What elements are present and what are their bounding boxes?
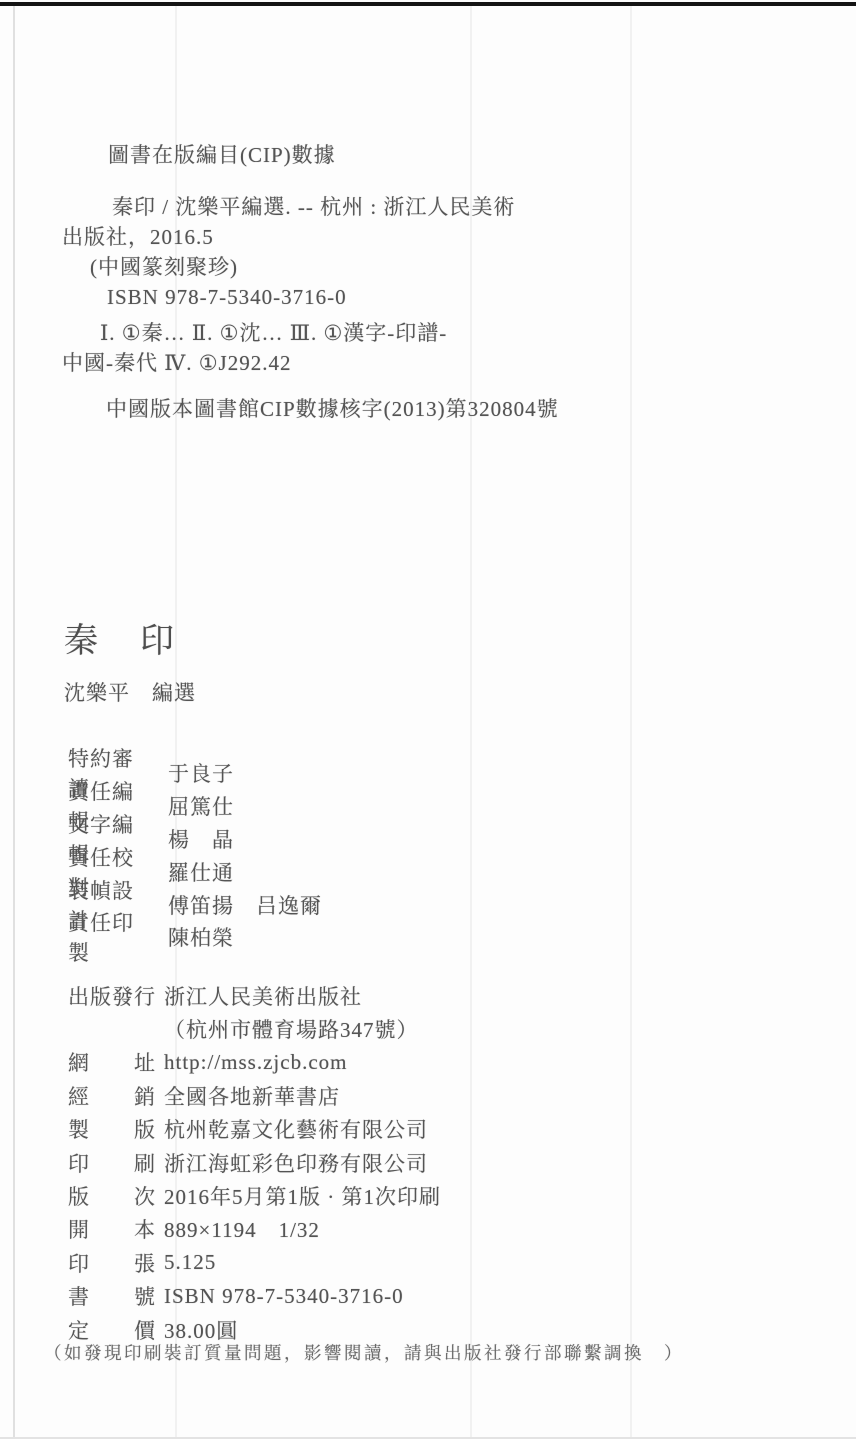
publishing-label: 製 版: [68, 1114, 156, 1144]
format-info: 889×1194 1/32: [164, 1214, 320, 1244]
credit-label: 責任印製: [68, 907, 154, 967]
cip-description-line2: 出版社，2016.5: [62, 222, 702, 252]
title-block: 秦 印 沈樂平 編選: [64, 620, 196, 708]
publishing-label: 書 號: [68, 1281, 156, 1311]
sheets-info: 5.125: [164, 1250, 216, 1275]
publishing-row: 印 刷 浙江海虹彩色印務有限公司: [68, 1146, 441, 1179]
cip-series-title: (中國篆刻聚珍): [62, 252, 702, 282]
credit-row: 責任印製 陳柏榮: [68, 921, 322, 954]
credit-value: 羅仕通: [168, 857, 234, 887]
credit-value: 楊 晶: [168, 824, 234, 854]
credit-value: 陳柏榮: [168, 922, 234, 952]
quality-exchange-note: （如發現印刷裝訂質量問題，影響閱讀，請與出版社發行部聯繫調換 ）: [44, 1341, 824, 1365]
book-title: 秦 印: [64, 620, 196, 664]
publishing-label: 出版發行: [68, 981, 156, 1011]
publishing-value: 杭州乾嘉文化藝術有限公司: [164, 1114, 428, 1144]
cip-record-number: 中國版本圖書館CIP數據核字(2013)第320804號: [62, 394, 702, 424]
cip-classification-line2: 中國-秦代 Ⅳ. ①J292.42: [62, 348, 702, 378]
publishing-row: 經 銷 全國各地新華書店: [68, 1079, 441, 1112]
publishing-row: 印 張 5.125: [68, 1246, 441, 1279]
publishing-label: 網 址: [68, 1047, 156, 1077]
publishing-info-list: 出版發行 浙江人民美術出版社 （杭州市體育場路347號） 網 址 http://…: [68, 979, 441, 1346]
publishing-label: 開 本: [68, 1214, 156, 1244]
publishing-label: 經 銷: [68, 1081, 156, 1111]
credit-value: 屈篤仕: [168, 791, 234, 821]
publishing-row: 開 本 889×1194 1/32: [68, 1213, 441, 1246]
publishing-row: 網 址 http://mss.zjcb.com: [68, 1046, 441, 1079]
cip-description-line1: 秦印 / 沈樂平編選. -- 杭州 : 浙江人民美術: [62, 192, 702, 222]
isbn-info: ISBN 978-7-5340-3716-0: [164, 1284, 404, 1309]
publishing-row: 出版發行 浙江人民美術出版社: [68, 979, 441, 1012]
publishing-value: 浙江海虹彩色印務有限公司: [164, 1148, 428, 1178]
page-top-border: [0, 2, 856, 6]
cip-isbn: ISBN 978-7-5340-3716-0: [62, 282, 702, 312]
cip-classification-line1: Ⅰ. ①秦… Ⅱ. ①沈… Ⅲ. ①漢字-印譜-: [62, 318, 702, 348]
publishing-label: 印 張: [68, 1248, 156, 1278]
publishing-label: 印 刷: [68, 1148, 156, 1178]
book-copyright-page: 圖書在版編目(CIP)數據 秦印 / 沈樂平編選. -- 杭州 : 浙江人民美術…: [0, 0, 856, 1439]
publishing-row: 版 次 2016年5月第1版 · 第1次印刷: [68, 1179, 441, 1212]
credits-list: 特約審讀 于良子 責任編輯 屈篤仕 文字編輯 楊 晶 責任校對 羅仕通 裝幀設計…: [68, 757, 322, 954]
cip-header: 圖書在版編目(CIP)數據: [62, 140, 702, 170]
publishing-row: 書 號 ISBN 978-7-5340-3716-0: [68, 1280, 441, 1313]
publishing-value: 浙江人民美術出版社: [164, 981, 362, 1011]
publishing-value: 全國各地新華書店: [164, 1081, 340, 1111]
publishing-row: 製 版 杭州乾嘉文化藝術有限公司: [68, 1113, 441, 1146]
publishing-label: 版 次: [68, 1181, 156, 1211]
book-editor: 沈樂平 編選: [64, 678, 196, 708]
publishing-row-address: （杭州市體育場路347號）: [68, 1012, 441, 1045]
edition-info: 2016年5月第1版 · 第1次印刷: [164, 1181, 441, 1211]
publisher-website: http://mss.zjcb.com: [164, 1050, 347, 1075]
cip-data-block: 圖書在版編目(CIP)數據 秦印 / 沈樂平編選. -- 杭州 : 浙江人民美術…: [62, 140, 702, 424]
scan-artifact-line: [13, 6, 15, 1439]
credit-value: 傅笛揚 吕逸爾: [168, 890, 322, 920]
credit-value: 于良子: [168, 758, 234, 788]
publisher-address: （杭州市體育場路347號）: [164, 1014, 419, 1044]
